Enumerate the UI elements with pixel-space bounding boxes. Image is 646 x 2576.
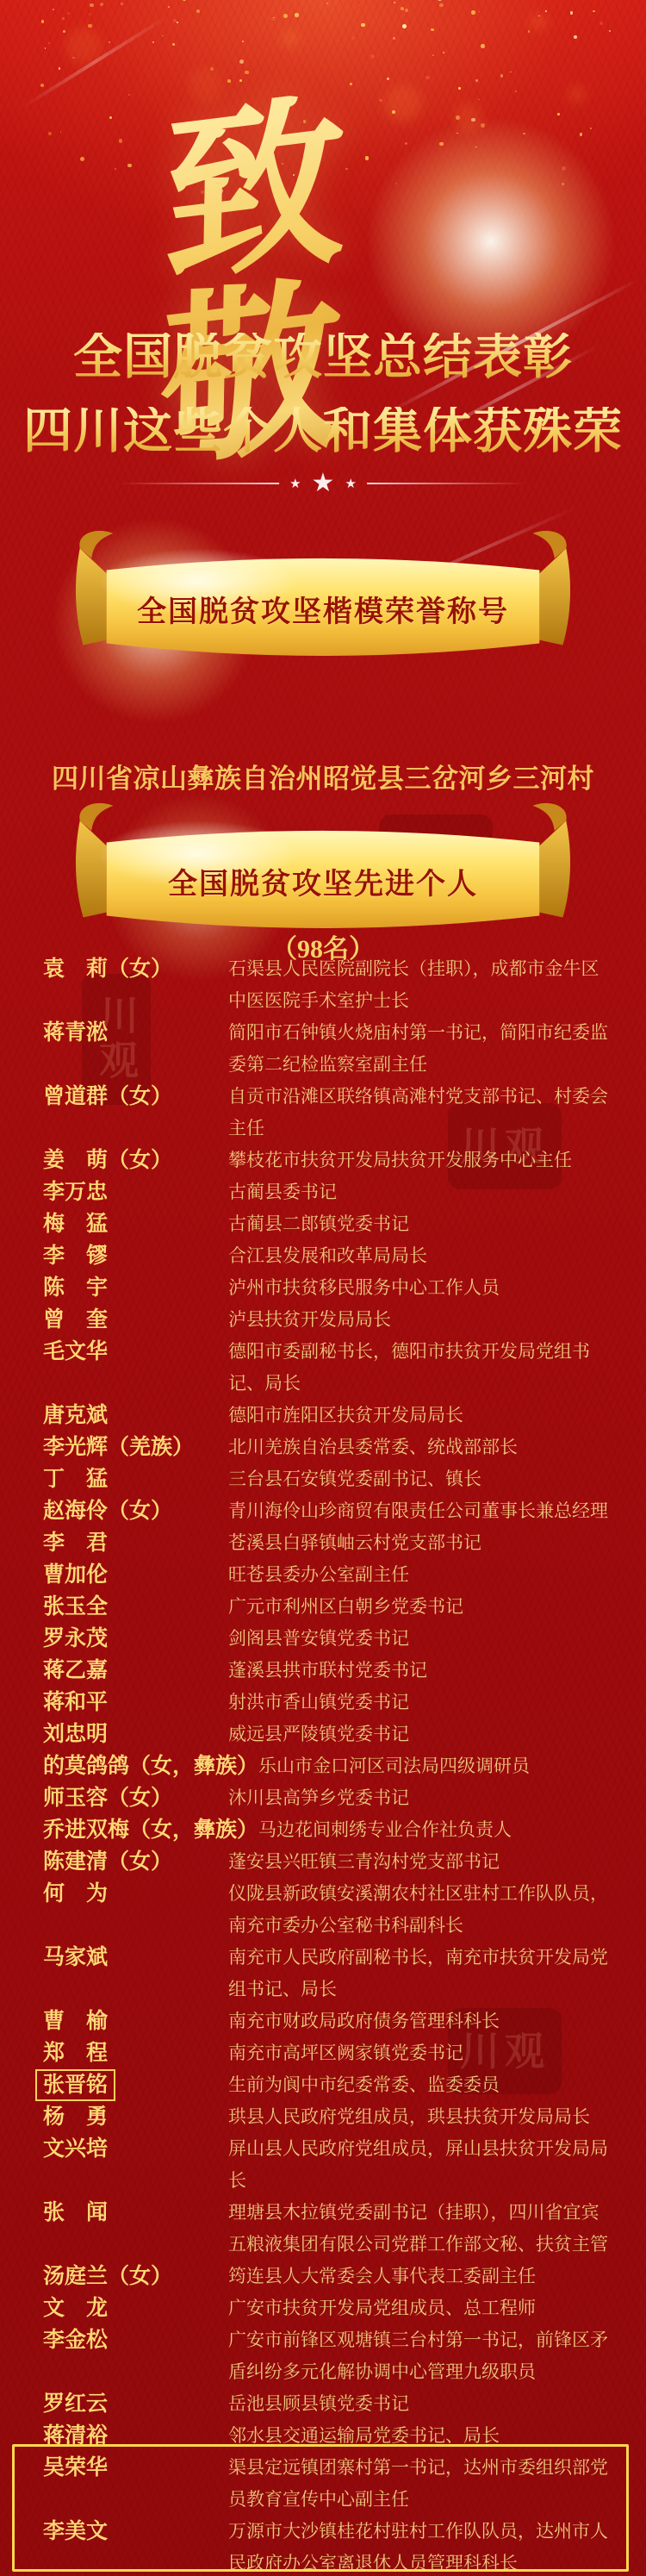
- sparkle-dot: [562, 166, 566, 171]
- awardee-title: 马边花间刺绣专业合作社负责人: [258, 1814, 616, 1846]
- awardee-name: 毛文华: [43, 1336, 228, 1368]
- sparkle-dot: [432, 54, 434, 56]
- sparkle-dot: [593, 10, 595, 13]
- boxed-awardee-name: 张晋铭: [35, 2069, 115, 2101]
- list-item: 马家斌南充市人民政府副秘书长，南充市扶贫开发局党组书记、局长: [43, 1942, 616, 2005]
- awardee-title: 邻水县交通运输局党委书记、局长: [228, 2420, 616, 2452]
- list-item: 乔进双梅（女，彝族）马边花间刺绣专业合作社负责人: [43, 1814, 616, 1846]
- awardee-title: 理塘县木拉镇党委副书记（挂职），四川省宜宾五粮液集团有限公司党群工作部文秘、扶贫…: [228, 2197, 616, 2261]
- sparkle-dot: [295, 13, 298, 16]
- awardee-name: 李 镠: [43, 1240, 228, 1272]
- sparkle-dot: [562, 183, 564, 185]
- star-icon: ★: [345, 477, 356, 490]
- sparkle-dot: [574, 35, 577, 39]
- awardee-name: 师玉容（女）: [43, 1782, 228, 1814]
- awardee-title: 北川羌族自治县委常委、统战部部长: [228, 1431, 616, 1463]
- banner-title-model: 全国脱贫攻坚楷模荣誉称号: [73, 588, 573, 630]
- awardee-title: 万源市大沙镇桂花村驻村工作队队员，达州市人民政府办公室离退休人员管理科科长: [228, 2516, 616, 2576]
- awardee-title: 旺苍县委办公室副主任: [228, 1559, 616, 1591]
- sparkle-dot: [48, 132, 51, 134]
- list-item: 李 镠合江县发展和改革局局长: [43, 1240, 616, 1272]
- awardee-name: 的莫鸽鸽（女，彝族）: [43, 1750, 258, 1782]
- sparkle-dot: [370, 54, 375, 59]
- awardee-name: 姜 萌（女）: [43, 1145, 228, 1176]
- sparkle-dot: [557, 113, 560, 115]
- list-item: 的莫鸽鸽（女，彝族）乐山市金口河区司法局四级调研员: [43, 1750, 616, 1782]
- list-item: 吴荣华渠县定远镇团寨村第一书记，达州市委组织部党员教育宣传中心副主任: [43, 2452, 616, 2516]
- list-item: 罗红云岳池县顾县镇党委书记: [43, 2388, 616, 2420]
- sparkle-dot: [90, 3, 93, 7]
- list-item: 李金松广安市前锋区观塘镇三台村第一书记，前锋区矛盾纠纷多元化解协调中心管理九级职…: [43, 2324, 616, 2388]
- bokeh-glow: [283, 30, 299, 47]
- sparkle-dot: [580, 133, 583, 136]
- awardee-title: 乐山市金口河区司法局四级调研员: [258, 1750, 616, 1782]
- model-awardee-name: 四川省凉山彝族自治州昭觉县三岔河乡三河村: [0, 757, 646, 795]
- awardee-title: 德阳市委副秘书长，德阳市扶贫开发局党组书记、局长: [228, 1336, 616, 1400]
- sparkle-dot: [40, 84, 44, 87]
- list-item: 李光辉（羌族）北川羌族自治县委常委、统战部部长: [43, 1431, 616, 1463]
- sparkle-dot: [177, 22, 178, 23]
- awardee-title: 石渠县人民医院副院长（挂职），成都市金牛区中医医院手术室护士长: [228, 953, 616, 1017]
- awardee-name: 张晋铭: [43, 2069, 228, 2101]
- awardee-name: 文兴培: [43, 2133, 228, 2165]
- list-item: 陈建清（女）蓬安县兴旺镇三青沟村党支部书记: [43, 1846, 616, 1878]
- sparkle-dot: [439, 3, 443, 7]
- list-item: 文兴培屏山县人民政府党组成员，屏山县扶贫开发局局长: [43, 2133, 616, 2197]
- list-item: 赵海伶（女）青川海伶山珍商贸有限责任公司董事长兼总经理: [43, 1495, 616, 1527]
- awardee-title: 筠连县人大常委会人事代表工委副主任: [228, 2261, 616, 2292]
- sparkle-dot: [545, 10, 547, 12]
- sparkle-dot: [528, 30, 530, 32]
- awardee-name: 陈 宇: [43, 1272, 228, 1304]
- list-item: 张玉全广元市利州区白朝乡党委书记: [43, 1591, 616, 1623]
- awardee-name: 罗红云: [43, 2388, 228, 2420]
- sparkle-dot: [100, 3, 103, 6]
- list-item: 张 闻理塘县木拉镇党委副书记（挂职），四川省宜宾五粮液集团有限公司党群工作部文秘…: [43, 2197, 616, 2261]
- bokeh-glow: [65, 28, 102, 65]
- sparkle-dot: [109, 41, 110, 43]
- awardee-title: 德阳市旌阳区扶贫开发局局长: [228, 1400, 616, 1431]
- star-icon: ★: [312, 471, 335, 496]
- awardee-name: 曹 榆: [43, 2005, 228, 2037]
- awardee-name: 杨 勇: [43, 2101, 228, 2133]
- sparkle-dot: [48, 42, 50, 44]
- sparkle-dot: [510, 72, 512, 73]
- star-divider: ★ ★ ★: [120, 471, 526, 496]
- sparkle-dot: [443, 52, 444, 53]
- sparkle-dot: [609, 30, 611, 32]
- awardee-name: 张玉全: [43, 1591, 228, 1623]
- sparkle-dot: [283, 14, 288, 18]
- sparkle-dot: [173, 19, 177, 22]
- sparkle-dot: [168, 6, 170, 8]
- awardee-name: 曹加伦: [43, 1559, 228, 1591]
- sparkle-dot: [387, 78, 389, 80]
- list-item: 蒋清裕邻水县交通运输局党委书记、局长: [43, 2420, 616, 2452]
- list-item: 何 为仪陇县新政镇安溪潮农村社区驻村工作队队员，南充市委办公室秘书科副科长: [43, 1878, 616, 1942]
- bokeh-glow: [530, 14, 546, 30]
- sparkle-dot: [273, 17, 275, 19]
- sparkle-dot: [523, 133, 525, 134]
- awardee-name: 何 为: [43, 1878, 228, 1910]
- awardee-title: 岳池县顾县镇党委书记: [228, 2388, 616, 2420]
- awardee-name: 吴荣华: [43, 2452, 228, 2484]
- sparkle-dot: [210, 67, 214, 71]
- awardee-title: 屏山县人民政府党组成员，屏山县扶贫开发局局长: [228, 2133, 616, 2197]
- awardee-name: 李 君: [43, 1527, 228, 1559]
- awardee-name: 蒋乙嘉: [43, 1655, 228, 1687]
- awardee-title: 仪陇县新政镇安溪潮农村社区驻村工作队队员，南充市委办公室秘书科副科长: [228, 1878, 616, 1942]
- sparkle-dot: [500, 74, 504, 78]
- awardee-name: 赵海伶（女）: [43, 1495, 228, 1527]
- awardee-name: 李美文: [43, 2516, 228, 2548]
- list-item: 曹 榆南充市财政局政府债务管理科科长: [43, 2005, 616, 2037]
- sparkle-dot: [538, 16, 540, 17]
- sparkle-dot: [361, 23, 365, 28]
- awardee-title: 苍溪县白驿镇岫云村党支部书记: [228, 1527, 616, 1559]
- sparkle-dot: [599, 22, 603, 25]
- awardee-name: 唐克斌: [43, 1400, 228, 1431]
- awardee-title: 剑阁县普安镇党委书记: [228, 1623, 616, 1655]
- sparkle-dot: [162, 35, 164, 37]
- sparkle-dot: [109, 116, 113, 120]
- awardee-title: 生前为阆中市纪委常委、监委委员: [228, 2069, 616, 2101]
- awardee-title: 蓬溪县拱市联村党委书记: [228, 1655, 616, 1687]
- poster: 川观 川观 川观 川观 致敬 全国脱贫攻坚总结表彰 四川这些个人和集体获殊荣 ★…: [0, 0, 646, 2576]
- sparkle-dot: [152, 41, 154, 43]
- bokeh-glow: [568, 85, 586, 103]
- awardee-title: 珙县人民政府党组成员，珙县扶贫开发局局长: [228, 2101, 616, 2133]
- star-icon: ★: [289, 477, 301, 490]
- sparkle-dot: [45, 47, 47, 49]
- awardee-name: 蒋和平: [43, 1687, 228, 1718]
- list-item: 陈 宇泸州市扶贫移民服务中心工作人员: [43, 1272, 616, 1304]
- awardee-name: 梅 猛: [43, 1208, 228, 1240]
- sparkle-dot: [326, 3, 328, 4]
- light-streak: [21, 15, 169, 109]
- sparkle-dot: [127, 164, 132, 168]
- awardee-list: 袁 莉（女）石渠县人民医院副院长（挂职），成都市金牛区中医医院手术室护士长蒋青淞…: [43, 953, 616, 2576]
- awardee-title: 广安市前锋区观塘镇三台村第一书记，前锋区矛盾纠纷多元化解协调中心管理九级职员: [228, 2324, 616, 2388]
- sparkle-dot: [438, 0, 442, 1]
- awardee-title: 威远县严陵镇党委书记: [228, 1718, 616, 1750]
- sparkle-dot: [128, 94, 130, 96]
- sparkle-dot: [41, 20, 44, 22]
- list-item: 蒋乙嘉蓬溪县拱市联村党委书记: [43, 1655, 616, 1687]
- sparkle-dot: [67, 12, 70, 15]
- sparkle-dot: [119, 139, 122, 142]
- sparkle-dot: [121, 3, 123, 5]
- awardee-name: 乔进双梅（女，彝族）: [43, 1814, 258, 1846]
- list-item: 汤庭兰（女）筠连县人大常委会人事代表工委副主任: [43, 2261, 616, 2292]
- sparkle-dot: [393, 37, 395, 40]
- awardee-name: 曾 奎: [43, 1304, 228, 1336]
- awardee-title: 泸州市扶贫移民服务中心工作人员: [228, 1272, 616, 1304]
- awardee-title: 广安市扶贫开发局党组成员、总工程师: [228, 2292, 616, 2324]
- sparkle-dot: [72, 57, 75, 59]
- awardee-title: 渠县定远镇团寨村第一书记，达州市委组织部党员教育宣传中心副主任: [228, 2452, 616, 2516]
- awardee-title: 古蔺县二郎镇党委书记: [228, 1208, 616, 1240]
- list-item: 曾 奎泸县扶贫开发局局长: [43, 1304, 616, 1336]
- list-item: 曾道群（女）自贡市沿滩区联络镇高滩村党支部书记、村委会主任: [43, 1081, 616, 1145]
- headline-line1: 全国脱贫攻坚总结表彰: [0, 333, 646, 382]
- sparkle-dot: [60, 131, 62, 133]
- list-item: 李 君苍溪县白驿镇岫云村党支部书记: [43, 1527, 616, 1559]
- sparkle-dot: [394, 2, 395, 3]
- sparkle-dot: [431, 28, 434, 32]
- gold-ribbon-banner-model: 全国脱贫攻坚楷模荣誉称号: [73, 522, 573, 691]
- sparkle-dot: [88, 24, 92, 28]
- list-item: 杨 勇珙县人民政府党组成员，珙县扶贫开发局局长: [43, 2101, 616, 2133]
- sparkle-dot: [271, 17, 275, 21]
- list-item: 毛文华德阳市委副秘书长，德阳市扶贫开发局党组书记、局长: [43, 1336, 616, 1400]
- sparkle-dot: [479, 11, 481, 13]
- sparkle-dot: [515, 90, 517, 92]
- sparkle-dot: [471, 10, 475, 15]
- awardee-name: 袁 莉（女）: [43, 953, 228, 985]
- sparkle-dot: [405, 9, 408, 12]
- sparkle-dot: [227, 79, 231, 83]
- awardee-title: 自贡市沿滩区联络镇高滩村党支部书记、村委会主任: [228, 1081, 616, 1145]
- list-item: 蒋青淞简阳市石钟镇火烧庙村第一书记，简阳市纪委监委第二纪检监察室副主任: [43, 1017, 616, 1081]
- sparkle-dot: [590, 128, 592, 129]
- list-item: 袁 莉（女）石渠县人民医院副院长（挂职），成都市金牛区中医医院手术室护士长: [43, 953, 616, 1017]
- sparkle-dot: [53, 9, 54, 10]
- sparkle-dot: [358, 4, 360, 6]
- awardee-title: 南充市高坪区阙家镇党委书记: [228, 2037, 616, 2069]
- list-item: 丁 猛三台县石安镇党委副书记、镇长: [43, 1463, 616, 1495]
- list-item: 李万忠古蔺县委书记: [43, 1176, 616, 1208]
- awardee-name: 汤庭兰（女）: [43, 2261, 228, 2292]
- divider-line: [120, 483, 279, 484]
- awardee-name: 丁 猛: [43, 1463, 228, 1495]
- headline-line2: 四川这些个人和集体获殊荣: [0, 407, 646, 456]
- sparkle-dot: [172, 43, 175, 46]
- awardee-name: 曾道群（女）: [43, 1081, 228, 1113]
- awardee-title: 南充市人民政府副秘书长，南充市扶贫开发局党组书记、局长: [228, 1942, 616, 2005]
- list-item: 唐克斌德阳市旌阳区扶贫开发局局长: [43, 1400, 616, 1431]
- list-item: 刘忠明威远县严陵镇党委书记: [43, 1718, 616, 1750]
- awardee-title: 南充市财政局政府债务管理科科长: [228, 2005, 616, 2037]
- awardee-name: 蒋青淞: [43, 1017, 228, 1049]
- awardee-title: 蓬安县兴旺镇三青沟村党支部书记: [228, 1846, 616, 1878]
- awardee-name: 李光辉（羌族）: [43, 1431, 228, 1463]
- awardee-title: 沐川县高笋乡党委书记: [228, 1782, 616, 1814]
- sparkle-dot: [115, 168, 116, 170]
- sparkle-dot: [62, 17, 65, 20]
- list-item: 姜 萌（女）攀枝花市扶贫开发局扶贫开发服务中心主任: [43, 1145, 616, 1176]
- awardee-title: 攀枝花市扶贫开发局扶贫开发服务中心主任: [228, 1145, 616, 1176]
- awardee-name: 郑 程: [43, 2037, 228, 2069]
- list-item: 蒋和平射洪市香山镇党委书记: [43, 1687, 616, 1718]
- awardee-name: 刘忠明: [43, 1718, 228, 1750]
- sparkle-dot: [351, 36, 355, 40]
- sparkle-dot: [570, 11, 574, 15]
- list-item: 曹加伦旺苍县委办公室副主任: [43, 1559, 616, 1591]
- awardee-title: 合江县发展和改革局局长: [228, 1240, 616, 1272]
- awardee-title: 射洪市香山镇党委书记: [228, 1687, 616, 1718]
- awardee-name: 李万忠: [43, 1176, 228, 1208]
- awardee-name: 陈建清（女）: [43, 1846, 228, 1878]
- sparkle-dot: [196, 9, 200, 13]
- sparkle-dot: [245, 71, 249, 75]
- sparkle-dot: [334, 2, 338, 5]
- sparkle-dot: [89, 13, 91, 16]
- sparkle-dot: [402, 24, 407, 28]
- awardee-name: 罗永茂: [43, 1623, 228, 1655]
- list-item: 李美文万源市大沙镇桂花村驻村工作队队员，达州市人民政府办公室离退休人员管理科科长: [43, 2516, 616, 2576]
- awardee-title: 青川海伶山珍商贸有限责任公司董事长兼总经理: [228, 1495, 616, 1527]
- sparkle-dot: [481, 44, 485, 48]
- awardee-name: 李金松: [43, 2324, 228, 2356]
- sparkle-dot: [80, 157, 84, 161]
- awardee-title: 泸县扶贫开发局局长: [228, 1304, 616, 1336]
- sparkle-dot: [183, 0, 187, 1]
- awardee-name: 张 闻: [43, 2197, 228, 2229]
- list-item: 张晋铭生前为阆中市纪委常委、监委委员: [43, 2069, 616, 2101]
- awardee-name: 文 龙: [43, 2292, 228, 2324]
- sparkle-dot: [63, 30, 65, 33]
- sparkle-dot: [239, 79, 242, 82]
- awardee-title: 广元市利州区白朝乡党委书记: [228, 1591, 616, 1623]
- list-item: 文 龙广安市扶贫开发局党组成员、总工程师: [43, 2292, 616, 2324]
- list-item: 罗永茂剑阁县普安镇党委书记: [43, 1623, 616, 1655]
- list-item: 师玉容（女）沐川县高笋乡党委书记: [43, 1782, 616, 1814]
- awardee-name: 马家斌: [43, 1942, 228, 1974]
- list-item: 郑 程南充市高坪区阙家镇党委书记: [43, 2037, 616, 2069]
- awardee-name: 蒋清裕: [43, 2420, 228, 2452]
- awardee-title: 古蔺县委书记: [228, 1176, 616, 1208]
- sparkle-dot: [242, 41, 244, 42]
- sparkle-dot: [350, 83, 352, 85]
- sparkle-dot: [59, 67, 61, 70]
- list-item: 梅 猛古蔺县二郎镇党委书记: [43, 1208, 616, 1240]
- awardee-title: 简阳市石钟镇火烧庙村第一书记，简阳市纪委监委第二纪检监察室副主任: [228, 1017, 616, 1081]
- banner-title-individuals: 全国脱贫攻坚先进个人: [73, 860, 573, 902]
- sparkle-dot: [401, 7, 404, 10]
- awardee-title: 三台县石安镇党委副书记、镇长: [228, 1463, 616, 1495]
- sparkle-dot: [239, 59, 244, 64]
- divider-line: [367, 483, 526, 484]
